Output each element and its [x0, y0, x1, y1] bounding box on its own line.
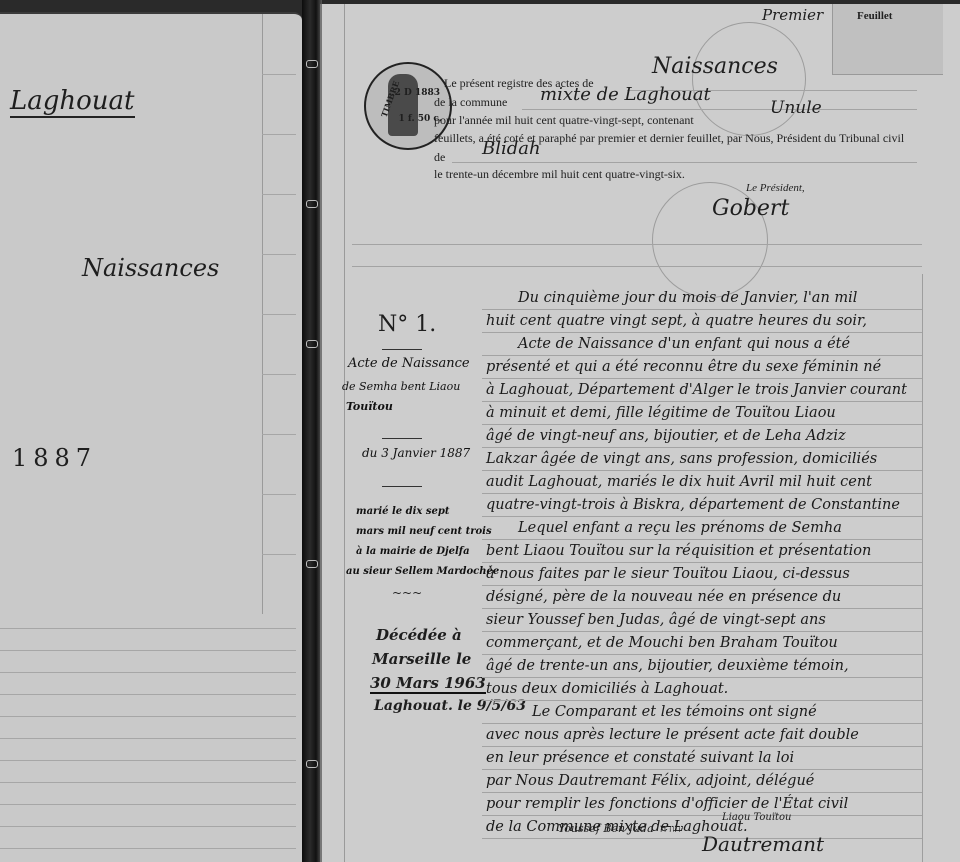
binding-thread	[306, 340, 318, 348]
rule	[482, 746, 922, 747]
marriage-note-line: mars mil neuf cent trois	[356, 526, 492, 537]
separator	[382, 438, 422, 439]
year-heading: 1887	[12, 444, 97, 472]
rule	[482, 562, 922, 563]
body-line: quatre-vingt-trois à Biskra, département…	[486, 497, 900, 513]
right-margin-rule	[344, 4, 345, 862]
rule	[482, 631, 922, 632]
rule	[262, 494, 296, 495]
rule	[0, 848, 296, 849]
rule	[482, 608, 922, 609]
separator	[382, 349, 422, 350]
body-line: sieur Youssef ben Judas, âgé de vingt-se…	[486, 612, 826, 628]
act-subject-line1: de Semha bent Liaou	[342, 380, 460, 393]
header-line-2: de la commune	[434, 95, 507, 110]
marriage-note-line: marié le dix sept	[356, 506, 449, 517]
rule	[262, 374, 296, 375]
president-signature: Gobert	[712, 196, 789, 221]
rule	[482, 493, 922, 494]
rule	[482, 309, 922, 310]
hebrew-signature: יהודה	[660, 822, 684, 835]
body-line: Lequel enfant a reçu les prénoms de Semh…	[518, 520, 842, 536]
rule	[482, 769, 922, 770]
place-heading: Laghouat	[10, 86, 135, 118]
rule	[0, 804, 296, 805]
rule	[482, 792, 922, 793]
body-line: avec nous après lecture le présent acte …	[486, 727, 859, 743]
rule	[0, 826, 296, 827]
body-line: Du cinquième jour du mois de Janvier, l'…	[518, 290, 857, 306]
rule	[262, 134, 296, 135]
rule	[262, 254, 296, 255]
marriage-note-line: à la mairie de Djelfa	[356, 546, 470, 557]
squiggle-divider: ~~~	[392, 586, 422, 600]
rule	[0, 738, 296, 739]
body-line: commerçant, et de Mouchi ben Braham Touï…	[486, 635, 838, 651]
death-note-line: Marseille le	[372, 650, 471, 668]
rule	[0, 782, 296, 783]
rule	[352, 244, 922, 245]
rule	[482, 378, 922, 379]
act-subject-line2: Touïtou	[346, 400, 393, 413]
rule	[352, 266, 922, 267]
rule	[0, 672, 296, 673]
rule	[482, 447, 922, 448]
register-type-hand: Naissances	[652, 54, 778, 79]
binding-thread	[306, 560, 318, 568]
feuillet-label: Feuillet	[857, 10, 892, 22]
president-label: Le Président,	[746, 182, 805, 194]
register-type-heading: Naissances	[82, 254, 219, 282]
act-number: N° 1.	[378, 312, 436, 337]
marriage-note-line: au sieur Sellem Mardochée	[346, 566, 499, 577]
rule	[482, 654, 922, 655]
act-date-margin: du 3 Janvier 1887	[362, 446, 470, 460]
rule	[482, 401, 922, 402]
book-spine	[302, 0, 322, 862]
rule	[0, 650, 296, 651]
binding-thread	[306, 200, 318, 208]
rule	[0, 694, 296, 695]
rule	[482, 700, 922, 701]
rule	[482, 539, 922, 540]
body-line: âgé de trente-un ans, bijoutier, deuxièm…	[486, 658, 849, 674]
commune-hand: mixte de Laghouat	[540, 84, 711, 105]
rule	[482, 470, 922, 471]
body-line: désigné, père de la nouveau née en prése…	[486, 589, 841, 605]
rule	[482, 355, 922, 356]
body-line: audit Laghouat, mariés le dix huit Avril…	[486, 474, 872, 490]
body-line: par Nous Dautremant Félix, adjoint, délé…	[486, 773, 814, 789]
rule	[482, 677, 922, 678]
officer-signature: Dautremant	[702, 832, 824, 856]
body-line: bent Liaou Touïtou sur la réquisition et…	[486, 543, 871, 559]
body-line: présenté et qui a été reconnu être du se…	[486, 359, 881, 375]
header-line-6: le trente-un décembre mil huit cent quat…	[434, 167, 685, 182]
left-page: Laghouat Naissances 1887	[0, 12, 302, 862]
rule	[482, 424, 922, 425]
header-line-5: de	[434, 150, 445, 165]
feuillet-note: Premier	[762, 6, 823, 24]
tribunal-seal-icon	[692, 22, 806, 136]
body-line: âgé de vingt-neuf ans, bijoutier, et de …	[486, 428, 846, 444]
body-line: pour remplir les fonctions d'officier de…	[486, 796, 848, 812]
rule	[262, 434, 296, 435]
rule	[262, 74, 296, 75]
rule	[0, 760, 296, 761]
father-signature: Liaou Touïtou	[722, 812, 791, 823]
rule	[482, 815, 922, 816]
separator	[382, 486, 422, 487]
binding-thread	[306, 60, 318, 68]
right-edge-rule	[922, 274, 923, 862]
death-note-line: Décédée à	[376, 626, 462, 644]
body-line: tous deux domiciliés à Laghouat.	[486, 681, 728, 697]
body-line: Lakzar âgée de vingt ans, sans professio…	[486, 451, 877, 467]
rule	[482, 332, 922, 333]
body-line: en leur présence et constaté suivant la …	[486, 750, 794, 766]
right-page: Feuillet Premier TIMBRE 2 D 1883 1 f. 50…	[320, 4, 960, 862]
body-line: à Laghouat, Département d'Alger le trois…	[486, 382, 907, 398]
rule	[262, 194, 296, 195]
fill-line	[452, 162, 917, 163]
fill-line	[522, 109, 917, 110]
body-line: à nous faites par le sieur Touïtou Liaou…	[486, 566, 850, 582]
binding-thread	[306, 760, 318, 768]
rule	[0, 628, 296, 629]
body-line: Acte de Naissance d'un enfant qui nous a…	[518, 336, 850, 352]
body-line: huit cent quatre vingt sept, à quatre he…	[486, 313, 867, 329]
witness-signature: Youssef Ben Juda	[558, 822, 654, 835]
page-count-hand: Unule	[770, 98, 822, 118]
rule	[482, 723, 922, 724]
rule	[262, 554, 296, 555]
act-title-margin: Acte de Naissance	[348, 356, 470, 371]
tribunal-city-hand: Blidah	[482, 138, 541, 159]
rule	[482, 516, 922, 517]
body-line: Le Comparant et les témoins ont signé	[532, 704, 817, 720]
rule	[262, 314, 296, 315]
header-line-3: pour l'année mil huit cent quatre-vingt-…	[434, 113, 694, 128]
rule	[482, 585, 922, 586]
feuillet-box: Feuillet	[832, 4, 943, 75]
rule	[0, 716, 296, 717]
death-note-line: 30 Mars 1963	[370, 674, 486, 694]
body-line: à minuit et demi, fille légitime de Touï…	[486, 405, 836, 421]
